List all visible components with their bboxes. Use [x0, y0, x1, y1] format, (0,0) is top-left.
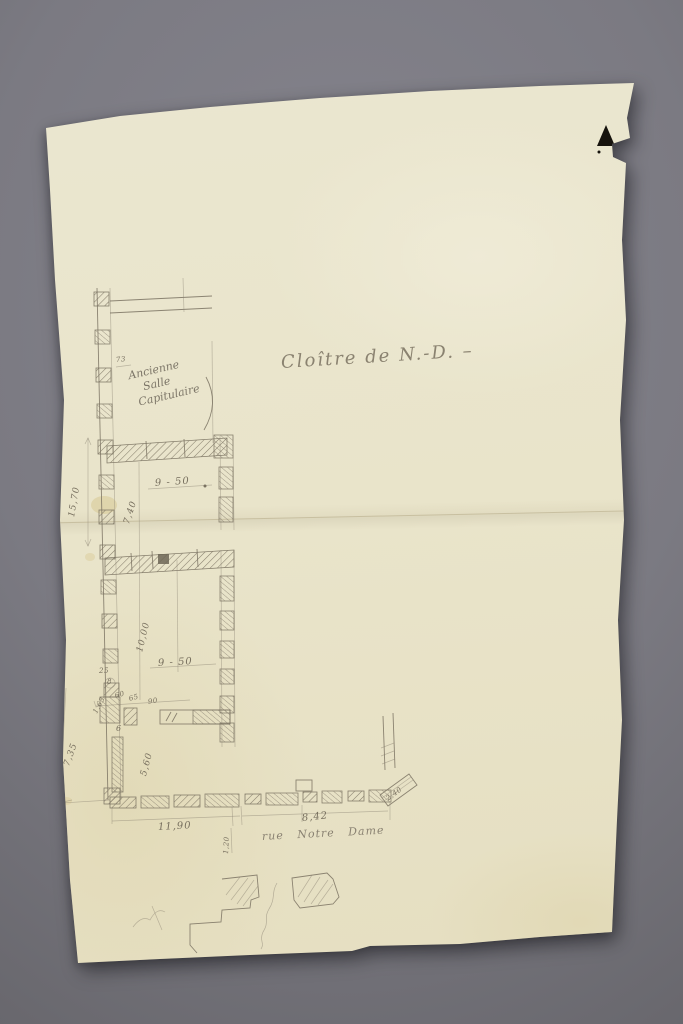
plan-linework — [0, 0, 683, 1024]
stain-blotches — [60, 150, 624, 805]
paper-sheet: Cloître de N.-D. – Ancienne Salle Capitu… — [0, 0, 683, 1024]
note-6b: 6 — [60, 797, 66, 806]
dim-pier-d: 90 — [147, 696, 158, 706]
dim-street-small: 1,20 — [222, 836, 231, 854]
note-8: 8 — [107, 678, 112, 686]
paper-shadow-wrap: Cloître de N.-D. – Ancienne Salle Capitu… — [0, 0, 683, 1024]
middle-gallery-wall — [105, 549, 234, 575]
chapter-room-brace — [204, 377, 213, 430]
note-25: 25 — [99, 667, 109, 675]
note-6a: 6 — [116, 724, 122, 733]
inner-wall-bar — [160, 710, 230, 724]
east-colonnade — [219, 436, 235, 747]
illegible-annotation — [261, 883, 277, 949]
north-gallery-wall — [107, 435, 233, 463]
dim-south-bay: 9 - 50 — [158, 656, 193, 669]
dim-street-left: 11,90 — [158, 820, 192, 833]
note-73: 73 — [116, 355, 127, 364]
black-triangle-mark — [597, 125, 615, 154]
photo-of-plan: Cloître de N.-D. – Ancienne Salle Capitu… — [0, 0, 683, 1024]
bottom-sketch — [133, 873, 339, 953]
